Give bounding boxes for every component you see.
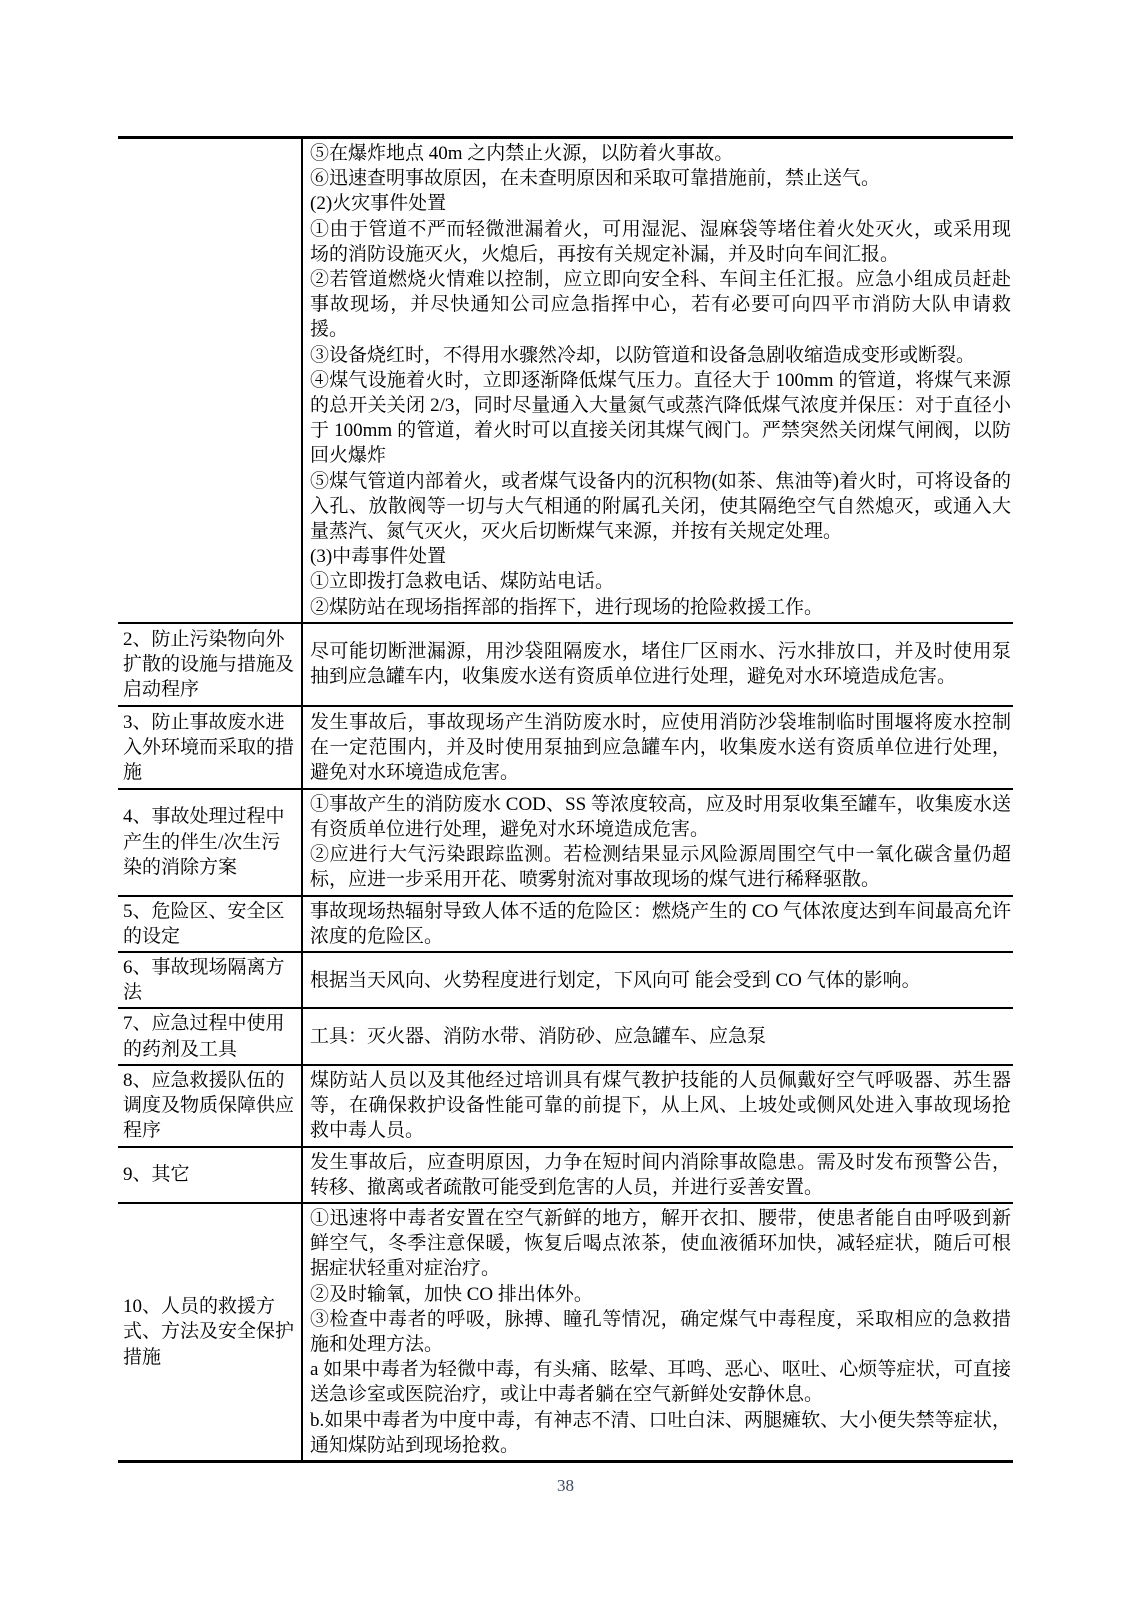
row-label-cell: 4、事故处理过程中产生的伴生/次生污染的消除方案: [118, 790, 303, 895]
row-label-text: 6、事故现场隔离方法: [123, 955, 297, 1005]
content-paragraph: a 如果中毒者为轻微中毒，有头痛、眩晕、耳鸣、恶心、呕吐、心烦等症状，可直接送急…: [310, 1357, 1011, 1407]
row-label-text: 4、事故处理过程中产生的伴生/次生污染的消除方案: [123, 804, 297, 880]
content-paragraph: ③检查中毒者的呼吸，脉搏、瞳孔等情况，确定煤气中毒程度，采取相应的急救措施和处理…: [310, 1307, 1011, 1357]
table-row: 10、人员的救援方式、方法及安全保护措施 ①迅速将中毒者安置在空气新鲜的地方，解…: [118, 1204, 1013, 1460]
content-paragraph: ③设备烧红时，不得用水骤然冷却，以防管道和设备急剧收缩造成变形或断裂。: [310, 343, 1011, 368]
table-row: 8、应急救援队伍的调度及物质保障供应程序 煤防站人员以及其他经过培训具有煤气教护…: [118, 1066, 1013, 1148]
row-label-text: 7、应急过程中使用的药剂及工具: [123, 1011, 297, 1061]
content-paragraph: ④煤气设施着火时，立即逐渐降低煤气压力。直径大于 100mm 的管道，将煤气来源…: [310, 368, 1011, 469]
content-paragraph: 尽可能切断泄漏源，用沙袋阻隔废水，堵住厂区雨水、污水排放口，并及时使用泵抽到应急…: [310, 639, 1011, 689]
content-paragraph: ①迅速将中毒者安置在空气新鲜的地方，解开衣扣、腰带，使患者能自由呼吸到新鲜空气，…: [310, 1206, 1011, 1282]
content-paragraph: 发生事故后，事故现场产生消防废水时，应使用消防沙袋堆制临时围堰将废水控制在一定范…: [310, 710, 1011, 786]
row-label-text: 10、人员的救援方式、方法及安全保护措施: [123, 1294, 297, 1370]
content-paragraph: ①由于管道不严而轻微泄漏着火，可用湿泥、湿麻袋等堵住着火处灭火，或采用现场的消防…: [310, 217, 1011, 267]
content-paragraph: 根据当天风向、火势程度进行划定，下风向可 能会受到 CO 气体的影响。: [310, 968, 1011, 993]
content-paragraph: 事故现场热辐射导致人体不适的危险区：燃烧产生的 CO 气体浓度达到车间最高允许浓…: [310, 899, 1011, 949]
emergency-response-table: ⑤在爆炸地点 40m 之内禁止火源，以防着火事故。⑥迅速查明事故原因，在未查明原…: [118, 136, 1013, 1463]
row-content-cell: 煤防站人员以及其他经过培训具有煤气教护技能的人员佩戴好空气呼吸器、苏生器等，在确…: [303, 1066, 1013, 1146]
table-row: 3、防止事故废水进入外环境而采取的措施 发生事故后，事故现场产生消防废水时，应使…: [118, 707, 1013, 790]
row-label-cell: 10、人员的救援方式、方法及安全保护措施: [118, 1204, 303, 1460]
table-row: 6、事故现场隔离方法 根据当天风向、火势程度进行划定，下风向可 能会受到 CO …: [118, 953, 1013, 1009]
row-content-cell: 事故现场热辐射导致人体不适的危险区：燃烧产生的 CO 气体浓度达到车间最高允许浓…: [303, 897, 1013, 951]
row-label-text: 9、其它: [123, 1162, 297, 1187]
content-paragraph: ②煤防站在现场指挥部的指挥下，进行现场的抢险救援工作。: [310, 595, 1011, 620]
content-paragraph: 工具：灭火器、消防水带、消防砂、应急罐车、应急泵: [310, 1024, 1011, 1049]
content-paragraph: 发生事故后，应查明原因，力争在短时间内消除事故隐患。需及时发布预警公告，转移、撤…: [310, 1150, 1011, 1200]
row-label-cell: 9、其它: [118, 1148, 303, 1202]
row-label-text: 2、防止污染物向外扩散的设施与措施及启动程序: [123, 627, 297, 703]
page-number: 38: [0, 1476, 1131, 1496]
content-paragraph: ①立即拨打急救电话、煤防站电话。: [310, 569, 1011, 594]
table-row: 5、危险区、安全区的设定 事故现场热辐射导致人体不适的危险区：燃烧产生的 CO …: [118, 897, 1013, 953]
content-paragraph: ⑤煤气管道内部着火，或者煤气设备内的沉积物(如茶、焦油等)着火时，可将设备的入孔…: [310, 469, 1011, 545]
row-label-cell: [118, 139, 303, 622]
row-label-cell: 5、危险区、安全区的设定: [118, 897, 303, 951]
row-content-cell: 尽可能切断泄漏源，用沙袋阻隔废水，堵住厂区雨水、污水排放口，并及时使用泵抽到应急…: [303, 624, 1013, 705]
row-content-cell: 工具：灭火器、消防水带、消防砂、应急罐车、应急泵: [303, 1009, 1013, 1063]
row-label-cell: 3、防止事故废水进入外环境而采取的措施: [118, 707, 303, 788]
content-paragraph: ①事故产生的消防废水 COD、SS 等浓度较高，应及时用泵收集至罐车，收集废水送…: [310, 792, 1011, 842]
content-paragraph: ②及时输氧，加快 CO 排出体外。: [310, 1282, 1011, 1307]
row-label-cell: 7、应急过程中使用的药剂及工具: [118, 1009, 303, 1063]
row-content-cell: ①迅速将中毒者安置在空气新鲜的地方，解开衣扣、腰带，使患者能自由呼吸到新鲜空气，…: [303, 1204, 1013, 1460]
table-row: 4、事故处理过程中产生的伴生/次生污染的消除方案 ①事故产生的消防废水 COD、…: [118, 790, 1013, 897]
row-label-text: 8、应急救援队伍的调度及物质保障供应程序: [123, 1068, 297, 1144]
table-row: 7、应急过程中使用的药剂及工具 工具：灭火器、消防水带、消防砂、应急罐车、应急泵: [118, 1009, 1013, 1065]
table-row: 2、防止污染物向外扩散的设施与措施及启动程序 尽可能切断泄漏源，用沙袋阻隔废水，…: [118, 624, 1013, 707]
row-label-cell: 8、应急救援队伍的调度及物质保障供应程序: [118, 1066, 303, 1146]
content-paragraph: ②若管道燃烧火情难以控制，应立即向安全科、车间主任汇报。应急小组成员赶赴事故现场…: [310, 267, 1011, 343]
content-paragraph: (3)中毒事件处置: [310, 544, 1011, 569]
content-paragraph: b.如果中毒者为中度中毒，有神志不清、口吐白沫、两腿瘫软、大小便失禁等症状，通知…: [310, 1408, 1011, 1458]
content-paragraph: ⑤在爆炸地点 40m 之内禁止火源，以防着火事故。: [310, 141, 1011, 166]
row-label-cell: 6、事故现场隔离方法: [118, 953, 303, 1007]
row-label-cell: 2、防止污染物向外扩散的设施与措施及启动程序: [118, 624, 303, 705]
table-row: ⑤在爆炸地点 40m 之内禁止火源，以防着火事故。⑥迅速查明事故原因，在未查明原…: [118, 139, 1013, 624]
content-paragraph: (2)火灾事件处置: [310, 191, 1011, 216]
content-paragraph: 煤防站人员以及其他经过培训具有煤气教护技能的人员佩戴好空气呼吸器、苏生器等，在确…: [310, 1068, 1011, 1144]
row-content-cell: ①事故产生的消防废水 COD、SS 等浓度较高，应及时用泵收集至罐车，收集废水送…: [303, 790, 1013, 895]
content-paragraph: ②应进行大气污染跟踪监测。若检测结果显示风险源周围空气中一氧化碳含量仍超标，应进…: [310, 842, 1011, 892]
row-content-cell: 发生事故后，应查明原因，力争在短时间内消除事故隐患。需及时发布预警公告，转移、撤…: [303, 1148, 1013, 1202]
content-paragraph: ⑥迅速查明事故原因，在未查明原因和采取可靠措施前，禁止送气。: [310, 166, 1011, 191]
row-label-text: 3、防止事故废水进入外环境而采取的措施: [123, 710, 297, 786]
table-row: 9、其它 发生事故后，应查明原因，力争在短时间内消除事故隐患。需及时发布预警公告…: [118, 1148, 1013, 1204]
row-label-text: 5、危险区、安全区的设定: [123, 899, 297, 949]
row-content-cell: 发生事故后，事故现场产生消防废水时，应使用消防沙袋堆制临时围堰将废水控制在一定范…: [303, 707, 1013, 788]
row-content-cell: ⑤在爆炸地点 40m 之内禁止火源，以防着火事故。⑥迅速查明事故原因，在未查明原…: [303, 139, 1013, 622]
row-content-cell: 根据当天风向、火势程度进行划定，下风向可 能会受到 CO 气体的影响。: [303, 953, 1013, 1007]
document-page: ⑤在爆炸地点 40m 之内禁止火源，以防着火事故。⑥迅速查明事故原因，在未查明原…: [0, 0, 1131, 1600]
